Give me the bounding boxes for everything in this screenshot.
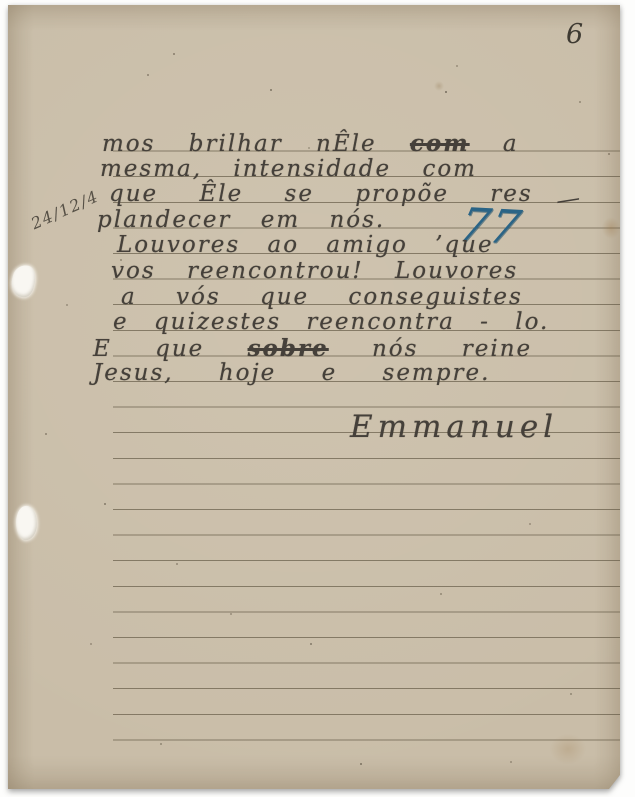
line-text: a xyxy=(470,131,519,157)
hole-punch-mark xyxy=(8,263,38,300)
handwriting-line-4: plandecer em nós. xyxy=(97,208,385,233)
paper-speckles xyxy=(8,5,10,7)
handwriting-line-7: a vós que conseguistes xyxy=(121,285,523,310)
line-end-hyphen: — xyxy=(554,183,582,214)
handwriting-line-10: Jesus, hoje e sempre. xyxy=(93,361,490,386)
notebook-page: 6 24/12/4 77 — mos brilhar nÊle com a me… xyxy=(8,5,620,789)
struck-word: sobre xyxy=(248,335,329,362)
handwriting-line-2: mesma, intensidade com xyxy=(100,157,477,182)
line-text: nós reine xyxy=(329,336,532,362)
paper-sheet: 6 24/12/4 77 — mos brilhar nÊle com a me… xyxy=(8,5,620,789)
handwriting-line-1: mos brilhar nÊle com a xyxy=(102,131,519,157)
paper-stain xyxy=(432,79,446,93)
handwriting-line-9: E que sobre nós reine xyxy=(93,336,532,362)
struck-word: com xyxy=(410,130,470,157)
hole-punch-mark xyxy=(14,505,39,541)
signature-emmanuel: Emmanuel xyxy=(350,409,558,445)
handwriting-line-3: que Êle se propõe res xyxy=(109,182,533,207)
margin-date-note: 24/12/4 xyxy=(28,186,102,233)
handwriting-line-8: e quizestes reencontra - lo. xyxy=(113,310,549,335)
handwriting-line-6: vos reencontrou! Louvores xyxy=(111,259,518,284)
handwriting-line-5: Louvores ao amigo ’que xyxy=(117,233,494,258)
line-text: mos brilhar nÊle xyxy=(102,131,410,157)
scan-background: 6 24/12/4 77 — mos brilhar nÊle com a me… xyxy=(0,0,635,797)
page-number: 6 xyxy=(566,19,583,50)
line-text: E que xyxy=(93,336,248,362)
